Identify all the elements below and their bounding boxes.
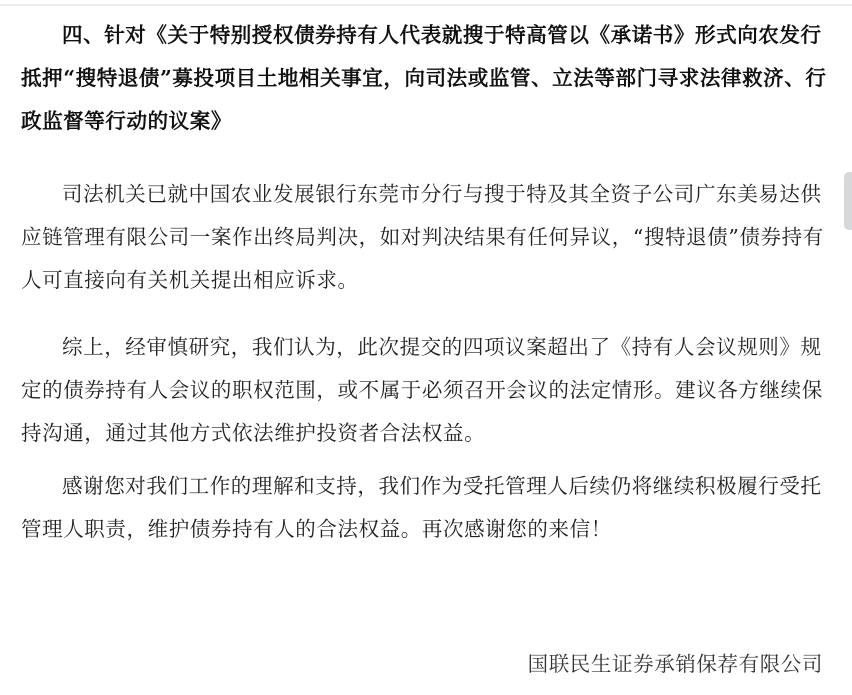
- paragraph-conclusion: 综上，经审慎研究，我们认为，此次提交的四项议案超出了《持有人会议规则》规定的债券…: [21, 326, 827, 455]
- paragraph-judgment: 司法机关已就中国农业发展银行东莞市分行与搜于特及其全资子公司广东美易达供应链管理…: [21, 173, 827, 302]
- section-heading: 四、针对《关于特别授权债券持有人代表就搜于特高管以《承诺书》形式向农发行抵押“搜…: [21, 14, 827, 143]
- vertical-scrollbar-thumb[interactable]: [844, 172, 852, 230]
- paragraph-thanks: 感谢您对我们工作的理解和支持，我们作为受托管理人后续仍将继续积极履行受托管理人职…: [21, 465, 827, 551]
- signature-company: 国联民生证券承销保荐有限公司: [528, 646, 823, 682]
- top-divider: [0, 4, 852, 6]
